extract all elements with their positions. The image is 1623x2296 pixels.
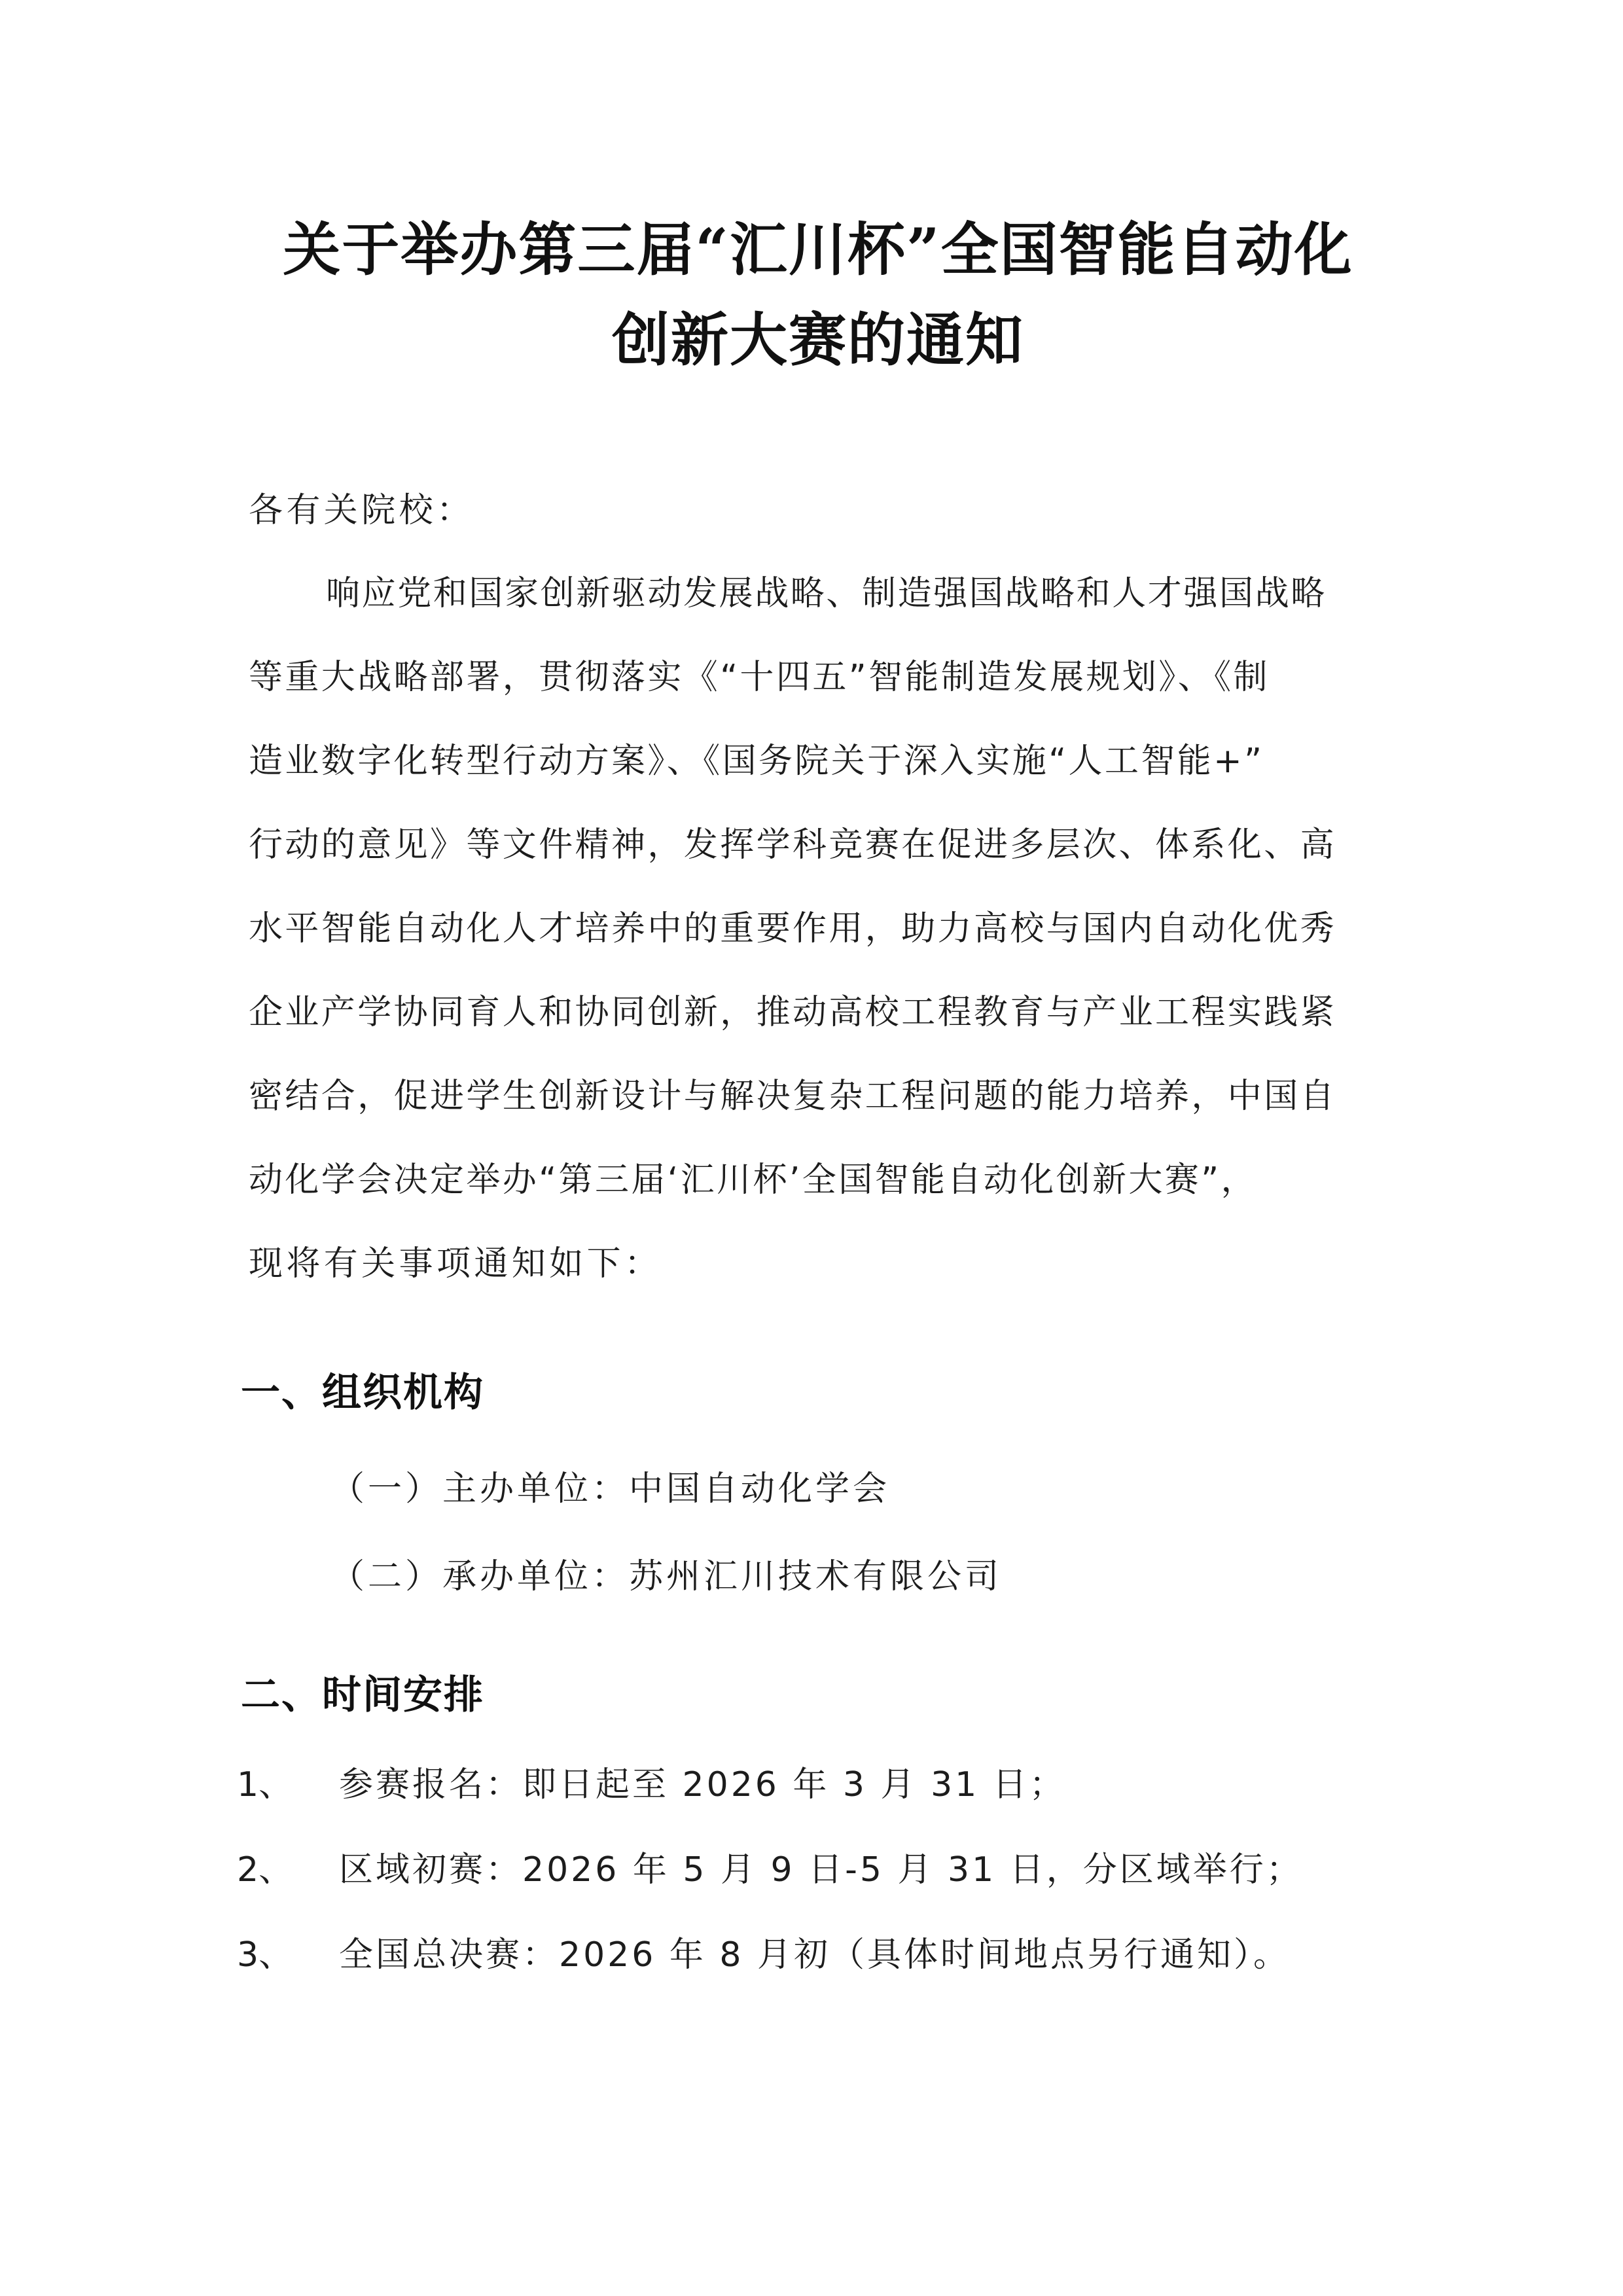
body-line: 企业产学协同育人和协同创新，推动高校工程教育与产业工程实践紧 [249, 990, 1381, 1035]
body-line: 密结合，促进学生创新设计与解决复杂工程问题的能力培养，中国自 [249, 1073, 1381, 1119]
document-title-line-2: 创新大赛的通知 [249, 295, 1387, 377]
organizer-item: （一）主办单位：中国自动化学会 [330, 1466, 890, 1512]
document-title-line-1: 关于举办第三届“汇川杯”全国智能自动化 [249, 204, 1387, 287]
schedule-number: 1、 [237, 1762, 293, 1808]
body-line: 水平智能自动化人才培养中的重要作用，助力高校与国内自动化优秀 [249, 906, 1381, 952]
schedule-number: 3、 [237, 1932, 293, 1978]
schedule-item-regional: 区域初赛：2026 年 5 月 9 日-5 月 31 日，分区域举行； [339, 1847, 1303, 1893]
body-line: 行动的意见》等文件精神，发挥学科竞赛在促进多层次、体系化、高 [249, 822, 1381, 868]
body-line: 造业数字化转型行动方案》、《国务院关于深入实施“人工智能+” [249, 738, 1381, 784]
body-line: 现将有关事项通知如下： [249, 1241, 1381, 1287]
salutation: 各有关院校： [249, 488, 1381, 533]
section-heading-schedule: 二、时间安排 [241, 1669, 484, 1721]
body-line: 动化学会决定举办“第三届‘汇川杯’全国智能自动化创新大赛”， [249, 1157, 1381, 1203]
schedule-number: 2、 [237, 1847, 293, 1893]
body-line: 等重大战略部署，贯彻落实《“十四五”智能制造发展规划》、《制 [249, 655, 1381, 700]
document-page: 关于举办第三届“汇川杯”全国智能自动化 创新大赛的通知 各有关院校： 响应党和国… [0, 0, 1623, 2296]
host-item: （二）承办单位：苏州汇川技术有限公司 [330, 1554, 1002, 1600]
schedule-item-registration: 参赛报名：即日起至 2026 年 3 月 31 日； [339, 1762, 1066, 1808]
section-heading-organization: 一、组织机构 [241, 1367, 484, 1419]
schedule-item-final: 全国总决赛：2026 年 8 月初（具体时间地点另行通知）。 [339, 1932, 1290, 1978]
body-line: 响应党和国家创新驱动发展战略、制造强国战略和人才强国战略 [326, 571, 1381, 617]
